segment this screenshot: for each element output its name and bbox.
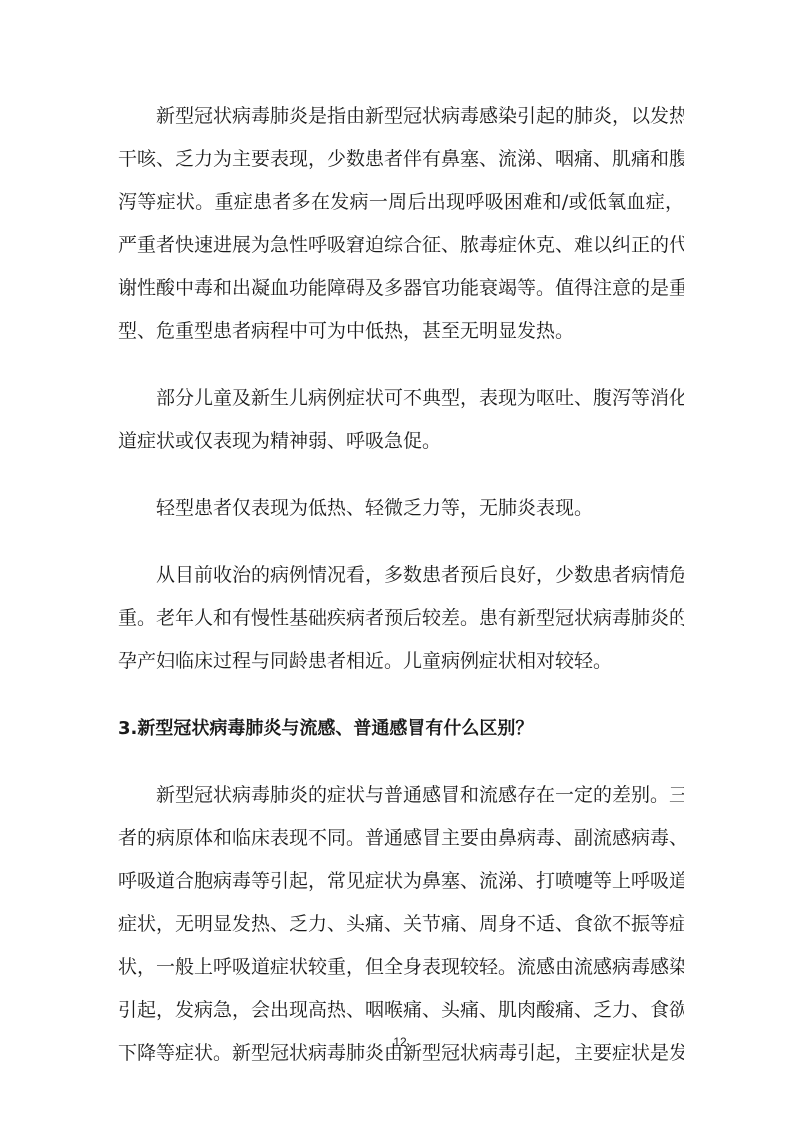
text-line: 孕产妇临床过程与同龄患者相近。儿童病例症状相对较轻。	[118, 640, 684, 683]
text-line: 泻等症状。重症患者多在发病一周后出现呼吸困难和/或低氧血症，	[118, 181, 684, 224]
text-line: 引起，发病急，会出现高热、咽喉痛、头痛、肌肉酸痛、乏力、食欲	[118, 989, 684, 1032]
text-line: 从目前收治的病例情况看，多数患者预后良好，少数患者病情危	[118, 554, 684, 597]
section-heading: 3.新型冠状病毒肺炎与流感、普通感冒有什么区别？	[118, 707, 684, 750]
text-line: 谢性酸中毒和出凝血功能障碍及多器官功能衰竭等。值得注意的是重	[118, 267, 684, 310]
paragraph-gap	[118, 530, 684, 554]
paragraph-mild-cases: 轻型患者仅表现为低热、轻微乏力等，无肺炎表现。	[118, 487, 684, 530]
paragraph-differences: 新型冠状病毒肺炎的症状与普通感冒和流感存在一定的差别。三 者的病原体和临床表现不…	[118, 774, 684, 1075]
page-number: 12	[0, 1035, 800, 1049]
text-line: 干咳、乏力为主要表现，少数患者伴有鼻塞、流涕、咽痛、肌痛和腹	[118, 138, 684, 181]
paragraph-gap	[118, 463, 684, 487]
text-line: 严重者快速进展为急性呼吸窘迫综合征、脓毒症休克、难以纠正的代	[118, 224, 684, 267]
paragraph-prognosis: 从目前收治的病例情况看，多数患者预后良好，少数患者病情危 重。老年人和有慢性基础…	[118, 554, 684, 683]
text-line: 部分儿童及新生儿病例症状可不典型，表现为呕吐、腹泻等消化	[118, 377, 684, 420]
paragraph-children: 部分儿童及新生儿病例症状可不典型，表现为呕吐、腹泻等消化 道症状或仅表现为精神弱…	[118, 377, 684, 463]
paragraph-gap	[118, 353, 684, 377]
text-line: 型、危重型患者病程中可为中低热，甚至无明显发热。	[118, 310, 684, 353]
text-line: 者的病原体和临床表现不同。普通感冒主要由鼻病毒、副流感病毒、	[118, 817, 684, 860]
document-page: 新型冠状病毒肺炎是指由新型冠状病毒感染引起的肺炎，以发热、 干咳、乏力为主要表现…	[118, 95, 684, 1075]
text-line: 轻型患者仅表现为低热、轻微乏力等，无肺炎表现。	[118, 487, 684, 530]
text-line: 新型冠状病毒肺炎的症状与普通感冒和流感存在一定的差别。三	[118, 774, 684, 817]
text-line: 呼吸道合胞病毒等引起，常见症状为鼻塞、流涕、打喷嚏等上呼吸道	[118, 860, 684, 903]
text-line: 重。老年人和有慢性基础疾病者预后较差。患有新型冠状病毒肺炎的	[118, 597, 684, 640]
paragraph-gap	[118, 683, 684, 707]
text-line: 状，一般上呼吸道症状较重，但全身表现较轻。流感由流感病毒感染	[118, 946, 684, 989]
text-line: 新型冠状病毒肺炎是指由新型冠状病毒感染引起的肺炎，以发热、	[118, 95, 684, 138]
text-line: 症状，无明显发热、乏力、头痛、关节痛、周身不适、食欲不振等症	[118, 903, 684, 946]
text-line: 道症状或仅表现为精神弱、呼吸急促。	[118, 420, 684, 463]
paragraph-symptoms: 新型冠状病毒肺炎是指由新型冠状病毒感染引起的肺炎，以发热、 干咳、乏力为主要表现…	[118, 95, 684, 353]
paragraph-gap	[118, 750, 684, 774]
